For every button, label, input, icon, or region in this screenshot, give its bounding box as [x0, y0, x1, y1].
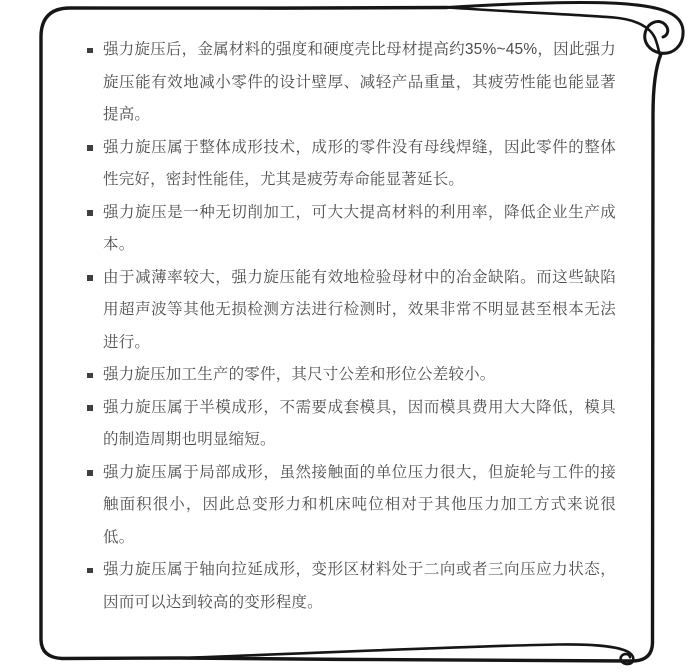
bullet-square-icon: [87, 145, 93, 151]
list-item: 强力旋压后，金属材料的强度和硬度壳比母材提高约35%~45%，因此强力旋压能有效…: [86, 34, 616, 132]
list-item-text: 强力旋压属于局部成形，虽然接触面的单位压力很大，但旋轮与工件的接触面积很小，因此…: [103, 464, 616, 546]
list-item-text: 强力旋压属于轴向拉延成形，变形区材料处于二向或者三向压应力状态，因而可以达到较高…: [103, 561, 616, 611]
bullet-square-icon: [87, 568, 93, 574]
bullet-square-icon: [87, 210, 93, 216]
document-body: 强力旋压后，金属材料的强度和硬度壳比母材提高约35%~45%，因此强力旋压能有效…: [86, 34, 616, 619]
list-item: 强力旋压属于局部成形，虽然接触面的单位压力很大，但旋轮与工件的接触面积很小，因此…: [86, 457, 616, 555]
bullet-square-icon: [87, 405, 93, 411]
list-item: 强力旋压属于整体成形技术，成形的零件没有母线焊缝，因此零件的整体性完好，密封性能…: [86, 132, 616, 197]
bullet-square-icon: [87, 275, 93, 281]
bullet-square-icon: [87, 48, 93, 54]
list-item: 强力旋压属于半模成形，不需要成套模具，因而模具费用大大降低，模具的制造周期也明显…: [86, 392, 616, 457]
list-item-text: 强力旋压后，金属材料的强度和硬度壳比母材提高约35%~45%，因此强力旋压能有效…: [103, 41, 616, 123]
list-item-text: 强力旋压加工生产的零件，其尺寸公差和形位公差较小。: [103, 366, 496, 383]
list-item: 强力旋压是一种无切削加工，可大大提高材料的利用率，降低企业生产成本。: [86, 197, 616, 262]
scroll-curl-bottom-right: [180, 644, 633, 664]
list-item-text: 强力旋压属于整体成形技术，成形的零件没有母线焊缝，因此零件的整体性完好，密封性能…: [103, 139, 616, 189]
list-item-text: 强力旋压是一种无切削加工，可大大提高材料的利用率，降低企业生产成本。: [103, 204, 616, 254]
list-item: 由于减薄率较大，强力旋压能有效地检验母材中的冶金缺陷。而这些缺陷用超声波等其他无…: [86, 262, 616, 360]
bullet-square-icon: [87, 373, 93, 379]
list-item-text: 由于减薄率较大，强力旋压能有效地检验母材中的冶金缺陷。而这些缺陷用超声波等其他无…: [103, 269, 616, 351]
bullet-list: 强力旋压后，金属材料的强度和硬度壳比母材提高约35%~45%，因此强力旋压能有效…: [86, 34, 616, 619]
list-item-text: 强力旋压属于半模成形，不需要成套模具，因而模具费用大大降低，模具的制造周期也明显…: [103, 399, 616, 449]
list-item: 强力旋压加工生产的零件，其尺寸公差和形位公差较小。: [86, 359, 616, 392]
list-item: 强力旋压属于轴向拉延成形，变形区材料处于二向或者三向压应力状态，因而可以达到较高…: [86, 554, 616, 619]
bullet-square-icon: [87, 470, 93, 476]
